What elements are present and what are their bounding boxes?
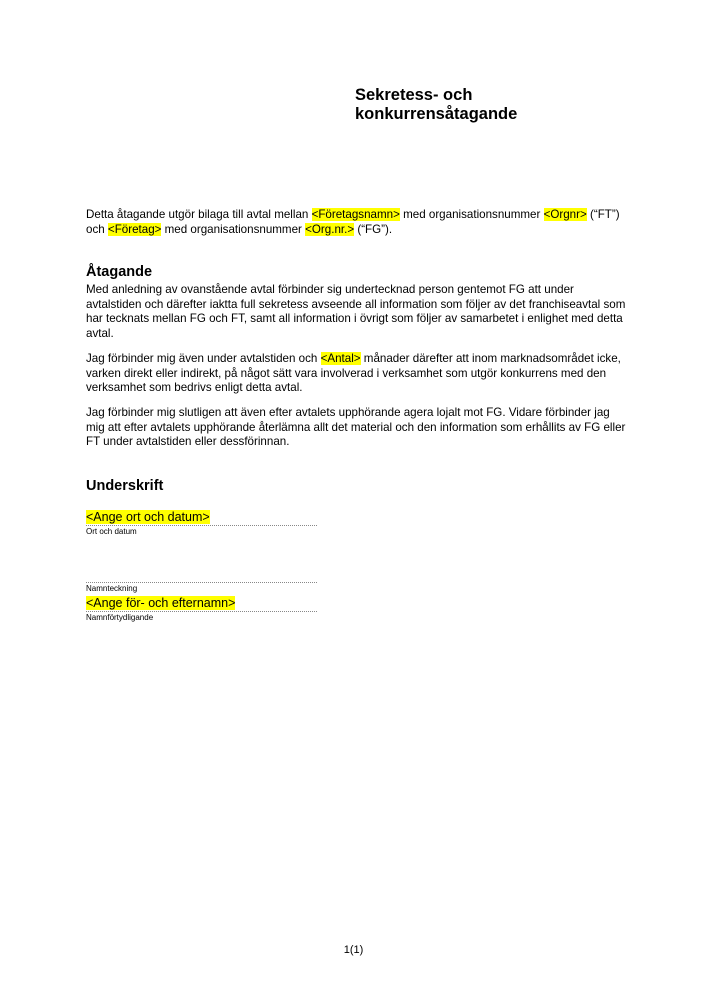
heading-atagande: Åtagande	[86, 264, 152, 280]
title-line-1: Sekretess- och	[355, 86, 517, 105]
atagande-paragraph-3: Jag förbinder mig slutligen att även eft…	[86, 406, 626, 450]
field-company-name[interactable]: <Företagsnamn>	[312, 208, 400, 221]
signature-line[interactable]	[86, 568, 317, 583]
document-title: Sekretess- och konkurrensåtagande	[355, 86, 517, 124]
intro-paragraph: Detta åtagande utgör bilaga till avtal m…	[86, 208, 626, 237]
name-label: Namnförtydligande	[86, 613, 153, 622]
field-months[interactable]: <Antal>	[321, 352, 361, 365]
title-line-2: konkurrensåtagande	[355, 105, 517, 124]
heading-underskrift: Underskrift	[86, 478, 163, 494]
atagande-paragraph-1: Med anledning av ovanstående avtal förbi…	[86, 283, 626, 341]
intro-text: Detta åtagande utgör bilaga till avtal m…	[86, 208, 312, 221]
field-org-number-ft[interactable]: <Orgnr>	[544, 208, 587, 221]
name-line	[86, 597, 317, 612]
paragraph-text: Jag förbinder mig även under avtalstiden…	[86, 352, 321, 365]
intro-text: med organisationsnummer	[161, 223, 305, 236]
place-date-line	[86, 511, 317, 526]
page-number: 1(1)	[0, 944, 707, 956]
field-org-number-fg[interactable]: <Org.nr.>	[305, 223, 354, 236]
intro-text: (“FG”).	[354, 223, 392, 236]
field-company-fg[interactable]: <Företag>	[108, 223, 162, 236]
document-page: Sekretess- och konkurrensåtagande Detta …	[0, 0, 707, 1000]
signature-label: Namnteckning	[86, 584, 137, 593]
intro-text: med organisationsnummer	[400, 208, 544, 221]
place-date-label: Ort och datum	[86, 527, 137, 536]
atagande-paragraph-2: Jag förbinder mig även under avtalstiden…	[86, 352, 626, 396]
